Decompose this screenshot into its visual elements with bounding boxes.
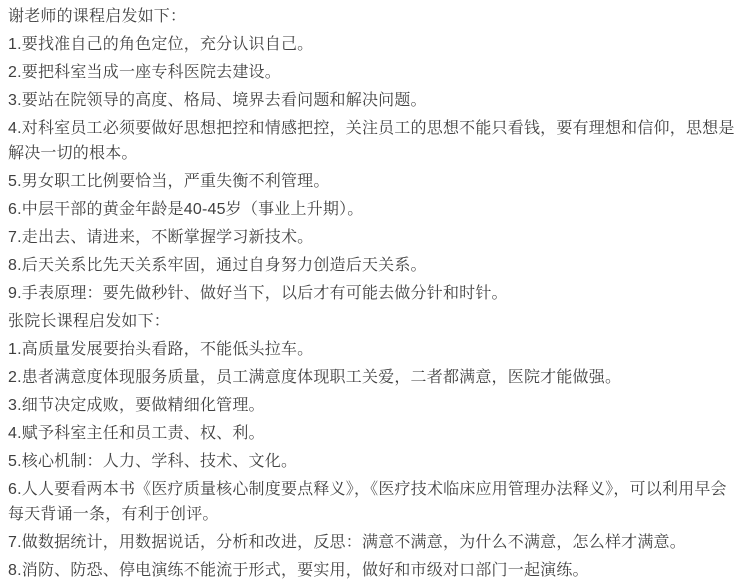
paragraph: 7.走出去、请进来，不断掌握学习新技术。 bbox=[8, 225, 735, 250]
paragraph: 5.核心机制：人力、学科、技术、文化。 bbox=[8, 449, 735, 474]
paragraph: 2.要把科室当成一座专科医院去建设。 bbox=[8, 60, 735, 85]
paragraph: 3.细节决定成败，要做精细化管理。 bbox=[8, 393, 735, 418]
paragraph: 1.要找准自己的角色定位，充分认识自己。 bbox=[8, 32, 735, 57]
paragraph: 1.高质量发展要抬头看路，不能低头拉车。 bbox=[8, 337, 735, 362]
paragraph: 6.人人要看两本书《医疗质量核心制度要点释义》，《医疗技术临床应用管理办法释义》… bbox=[8, 477, 735, 527]
paragraph: 8.后天关系比先天关系牢固，通过自身努力创造后天关系。 bbox=[8, 253, 735, 278]
paragraph: 2.患者满意度体现服务质量，员工满意度体现职工关爱，二者都满意，医院才能做强。 bbox=[8, 365, 735, 390]
paragraph: 7.做数据统计，用数据说话，分析和改进，反思：满意不满意，为什么不满意，怎么样才… bbox=[8, 530, 735, 555]
paragraph: 4.对科室员工必须要做好思想把控和情感把控，关注员工的思想不能只看钱，要有理想和… bbox=[8, 116, 735, 166]
paragraph: 4.赋予科室主任和员工责、权、利。 bbox=[8, 421, 735, 446]
paragraph: 3.要站在院领导的高度、格局、境界去看问题和解决问题。 bbox=[8, 88, 735, 113]
paragraph: 9.手表原理：要先做秒针、做好当下，以后才有可能去做分针和时针。 bbox=[8, 281, 735, 306]
document-page: 谢老师的课程启发如下：1.要找准自己的角色定位，充分认识自己。2.要把科室当成一… bbox=[0, 0, 741, 584]
paragraph: 8.消防、防恐、停电演练不能流于形式，要实用，做好和市级对口部门一起演练。 bbox=[8, 558, 735, 583]
paragraph: 张院长课程启发如下： bbox=[8, 309, 735, 334]
paragraph: 6.中层干部的黄金年龄是40-45岁（事业上升期）。 bbox=[8, 197, 735, 222]
document-body: 谢老师的课程启发如下：1.要找准自己的角色定位，充分认识自己。2.要把科室当成一… bbox=[8, 4, 735, 583]
paragraph: 谢老师的课程启发如下： bbox=[8, 4, 735, 29]
paragraph: 5.男女职工比例要恰当，严重失衡不利管理。 bbox=[8, 169, 735, 194]
